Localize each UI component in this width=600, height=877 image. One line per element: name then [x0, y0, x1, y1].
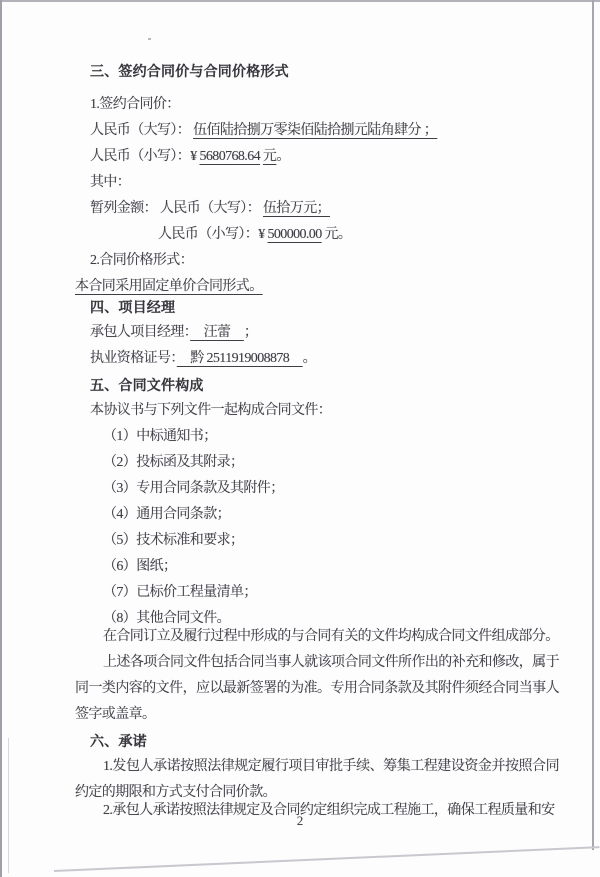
scan-edge-left [0, 0, 2, 877]
scan-edge-bottom [54, 846, 600, 872]
contract-document-item: （3）专用合同条款及其附件； [103, 476, 559, 502]
provisional-figures-tail: 元。 [322, 227, 352, 242]
page-number: 2 [0, 813, 600, 829]
provisional-figures-value: 500000.00 [268, 227, 322, 242]
price-words-label: 人民币（大写）： [90, 123, 193, 138]
provisional-words-value: 伍拾万元； [263, 201, 330, 216]
scan-edge-top [0, 0, 600, 2]
section3-heading: 三、签约合同价与合同价格形式 [90, 58, 559, 84]
contract-body: 三、签约合同价与合同价格形式 1.签约合同价： 人民币（大写）： 伍佰陆拾捌万零… [75, 58, 559, 824]
provisional-words-label: 人民币（大写）： [160, 201, 263, 216]
provisional-sum-label: 暂列金额： [90, 201, 160, 216]
contract-document-item: （5）技术标准和要求； [103, 528, 559, 554]
contract-price-item-label: 1.签约合同价： [90, 92, 559, 118]
license-number-label: 执业资格证号： [90, 351, 177, 366]
section5-heading: 五、合同文件构成 [90, 372, 559, 398]
project-manager-value: 汪蕾 [190, 325, 244, 340]
contract-document-item: （2）投标函及其附录； [103, 450, 559, 476]
contract-price-figures-line: 人民币（小写）：¥ 5680768.64 元。 [90, 144, 559, 170]
price-form-value: 本合同采用固定单价合同形式。 [75, 279, 263, 294]
contract-document-item: （1）中标通知书； [103, 424, 559, 450]
license-number-value: 黔 2511919008878 [177, 351, 303, 366]
project-manager-end: ； [244, 325, 257, 340]
provisional-figures-label: 人民币（小写）：¥ [158, 227, 268, 242]
among-which-label: 其中： [90, 170, 559, 196]
price-figures-value: 5680768.64 [200, 149, 261, 164]
section6-heading: 六、承诺 [90, 728, 559, 754]
price-figures-label: 人民币（小写）：¥ [90, 149, 200, 164]
contract-document-item: （7）已标价工程量清单； [103, 580, 559, 606]
project-manager-label: 承包人项目经理： [90, 325, 190, 340]
contract-document-item: （4）通用合同条款； [103, 502, 559, 528]
scanned-contract-page: 三、签约合同价与合同价格形式 1.签约合同价： 人民币（大写）： 伍佰陆拾捌万零… [0, 0, 600, 877]
license-number-end: 。 [303, 351, 316, 366]
license-number-line: 执业资格证号： 黔 2511919008878 。 [90, 346, 559, 372]
scan-edge-left-inner [8, 738, 9, 873]
contract-documents-note: 在合同订立及履行过程中形成的与合同有关的文件均构成合同文件组成部分。 [75, 624, 559, 650]
section4-heading: 四、项目经理 [90, 294, 559, 320]
contract-documents-intro: 本协议书与下列文件一起构成合同文件： [90, 398, 559, 424]
scan-edge-right [592, 0, 594, 850]
price-figures-period: 。 [276, 149, 289, 164]
price-words-value: 伍佰陆拾捌万零柒佰陆拾捌元陆角肆分 ； [193, 123, 437, 138]
provisional-sum-figures-line: 人民币（小写）：¥ 500000.00 元。 [158, 222, 559, 248]
provisional-sum-words-line: 暂列金额： 人民币（大写）： 伍拾万元； [90, 196, 559, 222]
contract-documents-paragraph: 上述各项合同文件包括合同当事人就该项合同文件所作出的补充和修改，属于同一类内容的… [75, 650, 559, 728]
price-figures-unit: 元 [263, 149, 276, 164]
project-manager-line: 承包人项目经理： 汪蕾 ； [90, 320, 559, 346]
scan-speck [148, 38, 151, 40]
price-form-item-label: 2.合同价格形式： [90, 248, 559, 274]
contract-document-item: （6）图纸； [103, 554, 559, 580]
contract-price-words-line: 人民币（大写）： 伍佰陆拾捌万零柒佰陆拾捌元陆角肆分 ； [90, 118, 559, 144]
